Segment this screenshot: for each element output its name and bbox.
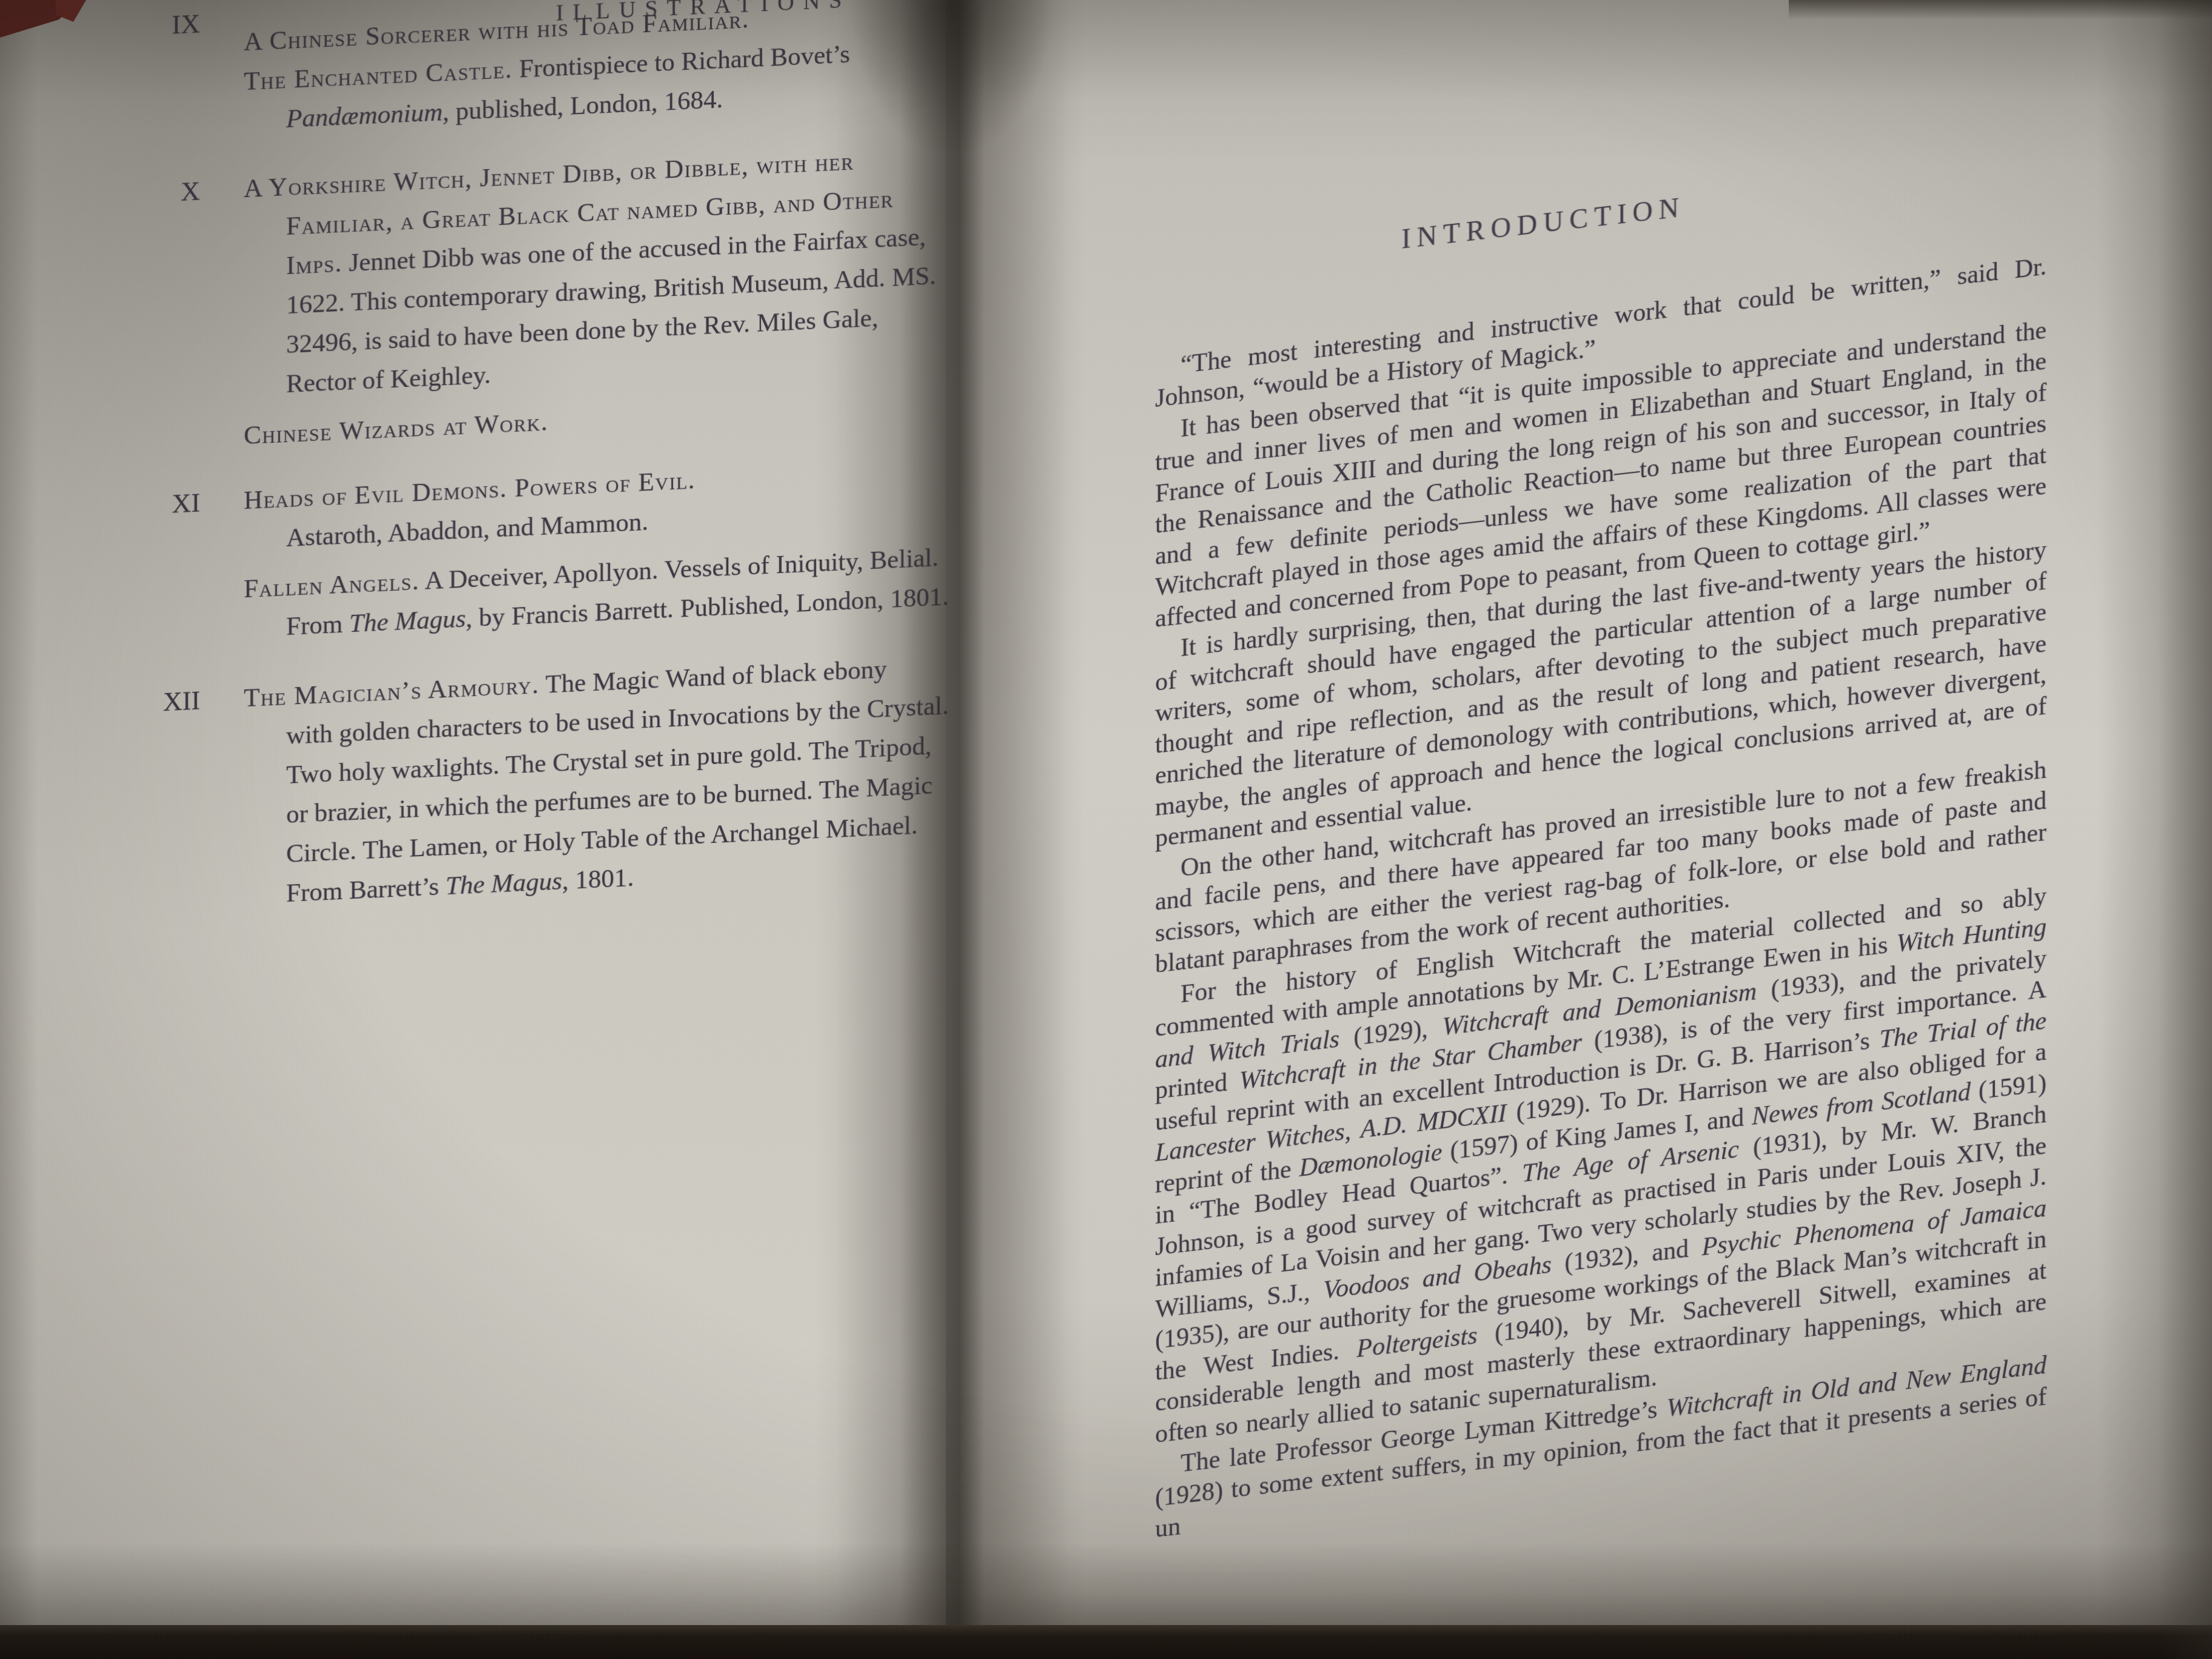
- book-photo: ILLUSTRATIONS IX A Chinese Sorcerer with…: [0, 0, 2212, 1659]
- photo-vignette: [0, 0, 2212, 1659]
